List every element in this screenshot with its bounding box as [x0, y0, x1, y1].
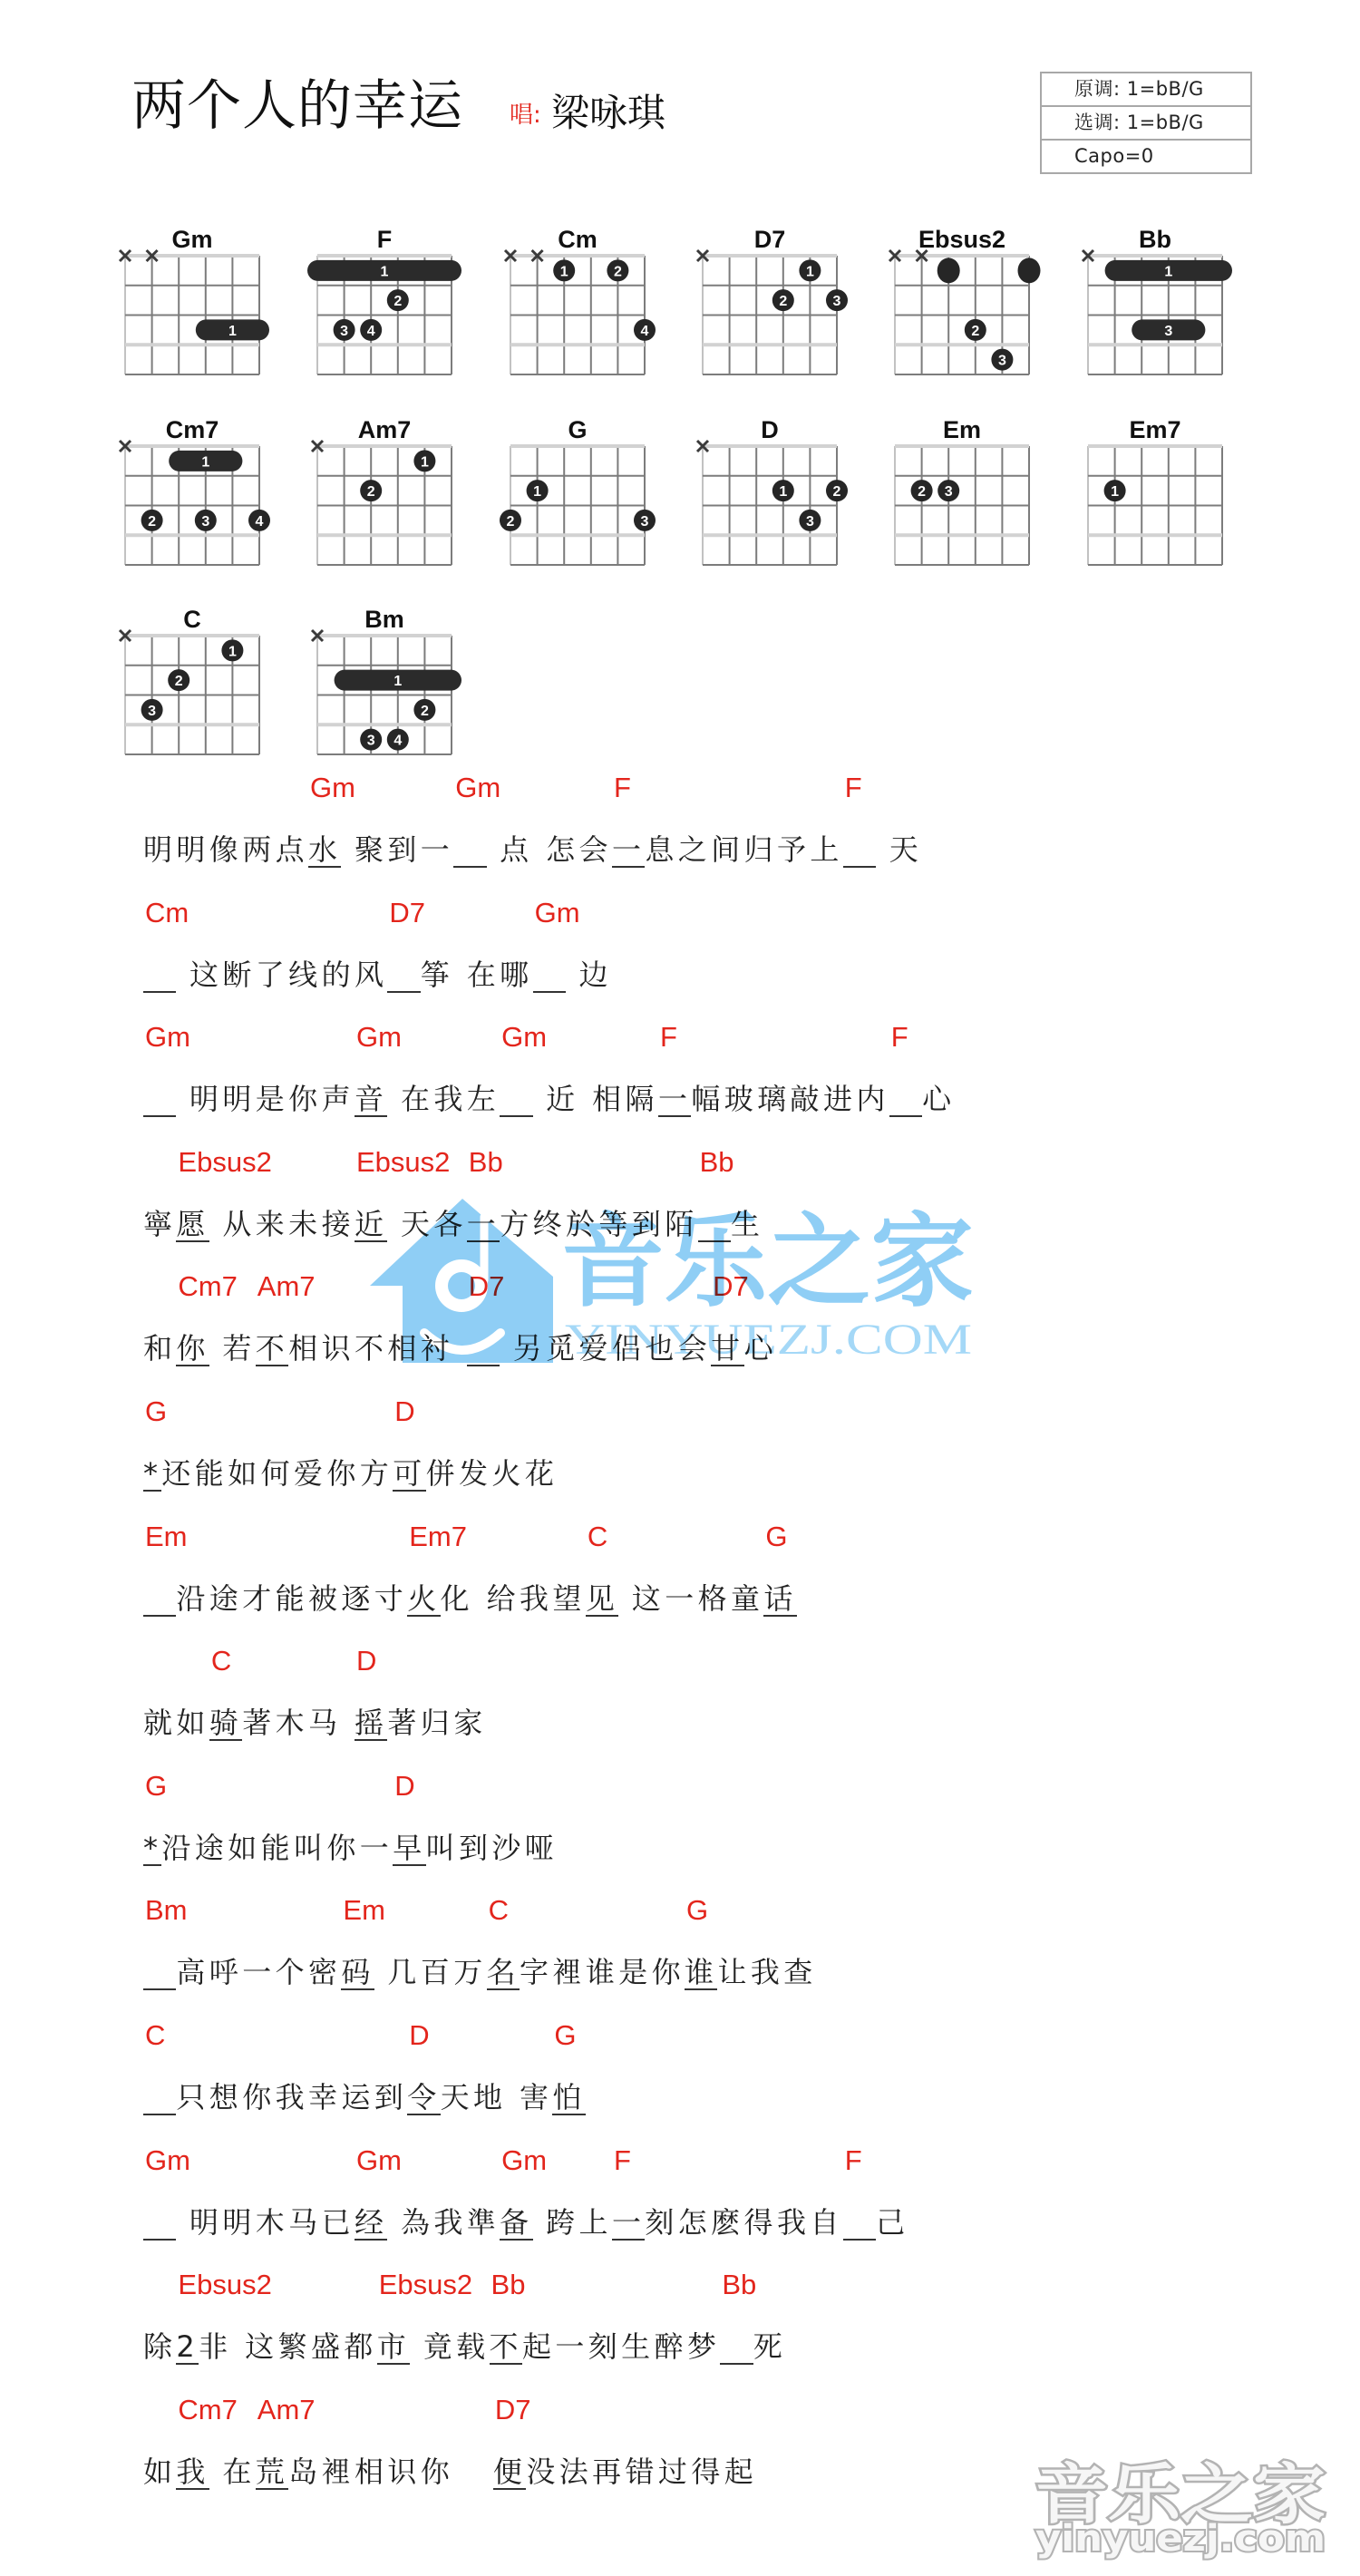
chord-label: F — [891, 1024, 908, 1051]
lyric-block: 如我Cm7 在荒Am7岛裡相识你 便D7没法再错过得起 — [143, 2396, 1277, 2521]
lyric-block: *G还能如何爱你方可D併发火花 — [143, 1398, 1277, 1522]
finger-dot: 1 — [221, 639, 243, 661]
finger-number: 4 — [640, 324, 648, 339]
lyric-text: 怕 — [552, 2080, 585, 2114]
lyric-text: * — [143, 1456, 161, 1491]
chord-diagram-f: F1234 — [303, 218, 466, 385]
chord-anchor-syllable: 我Cm7 — [176, 2454, 209, 2490]
barre-marker: 1 — [1104, 260, 1231, 281]
lyric-line: 除2Ebsus2非 这繁盛都市Ebsus2 竟载不Bb起一刻生醉梦 Bb死 — [143, 2328, 786, 2365]
lyric-text: 你 — [176, 1331, 209, 1366]
lyric-block: 明明像两点水Gm 聚到一 Gm 点 怎会一F息之间归予上 F 天 — [143, 774, 1277, 899]
lyric-text: 沿途如能叫你一 — [161, 1831, 393, 1865]
lyric-text: 备 — [500, 2205, 532, 2240]
chord-diagram-cm7: Cm71234 — [111, 408, 274, 576]
lyric-text: 甘 — [711, 1331, 743, 1366]
lyric-text: 骑 — [209, 1706, 242, 1740]
chord-anchor-syllable: 不Bb — [490, 2328, 522, 2365]
lyric-text: 不 — [256, 1331, 288, 1366]
chord-diagram-name: Cm — [558, 226, 597, 253]
finger-dot: 3 — [195, 509, 217, 530]
lyric-line: Em沿途才能被逐寸火Em7化 给我望见C 这一格童话G — [143, 1580, 797, 1617]
chord-anchor-syllable: Em — [143, 1580, 176, 1617]
lyric-text: 非 这繁盛都 — [199, 2329, 377, 2364]
chord-diagram-name: Gm — [171, 226, 212, 253]
lyric-text — [143, 2080, 176, 2114]
chord-anchor-syllable: F — [843, 2204, 876, 2241]
chord-label: Cm7 — [178, 2396, 237, 2424]
song-title: 两个人的幸运 — [131, 76, 463, 136]
lyric-text: 明明像两点 — [143, 832, 308, 867]
lyric-text: 死 — [753, 2329, 786, 2364]
lyric-text: 近 相隔 — [533, 1082, 658, 1116]
lyric-text: 2 — [176, 2329, 199, 2364]
finger-number: 2 — [832, 484, 840, 500]
finger-dot: 2 — [500, 509, 521, 530]
chord-label: Gm — [455, 774, 500, 802]
lyric-block: 和你Cm7 若不Am7相识不相衬 D7 另觅爱侣也会甘D7心 — [143, 1273, 1277, 1397]
lyric-text: 息之间归予上 — [645, 832, 842, 867]
chord-label: D — [356, 1648, 376, 1675]
chord-label: Gm — [356, 1024, 402, 1051]
chord-label: Em7 — [409, 1523, 467, 1550]
lyric-text: 令 — [407, 2080, 440, 2114]
lyric-line: 明明像两点水Gm 聚到一 Gm 点 怎会一F息之间归予上 F 天 — [143, 831, 922, 868]
chord-anchor-syllable: 名C — [487, 1954, 520, 1990]
chord-anchor-syllable: 一Bb — [467, 1206, 500, 1242]
chord-anchor-syllable: 音Gm — [355, 1081, 387, 1117]
finger-dot: 1 — [553, 259, 575, 281]
finger-number: 3 — [201, 513, 209, 529]
finger-dot: 4 — [248, 509, 270, 530]
chord-label: F — [614, 774, 631, 802]
lyric-text: 方终於等到陌 — [500, 1207, 697, 1241]
chord-diagram-name: G — [568, 416, 587, 443]
lyric-text: 沿途才能被逐寸 — [176, 1581, 407, 1616]
finger-number: 1 — [201, 454, 209, 470]
lyric-text: 刻怎麽得我自 — [645, 2205, 842, 2240]
lyric-text: 近 — [355, 1207, 387, 1241]
chord-anchor-syllable: *G — [143, 1830, 161, 1866]
chord-diagram-bb: Bb13 — [1073, 218, 1237, 385]
lyric-text: 一 — [467, 1207, 500, 1241]
finger-dot: 1 — [1103, 480, 1125, 501]
chord-diagram-name: Em7 — [1129, 416, 1180, 443]
lyric-text: 码 — [341, 1955, 374, 1989]
lyric-text: 在 — [209, 2454, 256, 2489]
finger-dot: 4 — [634, 319, 656, 341]
finger-number: 4 — [394, 734, 403, 749]
chord-anchor-syllable: 骑C — [209, 1705, 242, 1741]
finger-dot — [937, 258, 960, 283]
lyric-text: 这一格童 — [618, 1581, 763, 1616]
chord-anchor-syllable: 话G — [763, 1580, 796, 1617]
chord-anchor-syllable: 怕G — [552, 2079, 585, 2115]
chord-diagram-c: C123 — [111, 598, 274, 765]
lyric-line: 寧愿Ebsus2 从来未接近Ebsus2 天各一Bb方终於等到陌 Bb生 — [143, 1206, 763, 1242]
finger-number: 2 — [421, 704, 429, 719]
lyric-line: Gm 明明是你声音Gm 在我左 Gm 近 相隔一F幅玻璃敲进内 F心 — [143, 1081, 956, 1117]
finger-number: 1 — [228, 644, 237, 659]
lyric-text: 让我查 — [717, 1955, 816, 1989]
chord-diagram-name: Ebsus2 — [918, 226, 1005, 253]
barre-marker: 3 — [1132, 319, 1205, 340]
lyric-text: 就如 — [143, 1706, 209, 1740]
lyric-text: 著归家 — [387, 1706, 486, 1740]
chord-label: G — [145, 1398, 167, 1425]
finger-number: 1 — [779, 484, 787, 500]
lyric-text: * — [143, 1831, 161, 1865]
chord-anchor-syllable: 火Em7 — [407, 1580, 440, 1617]
lyric-text — [843, 2205, 876, 2240]
chord-label: Bb — [469, 1149, 503, 1176]
lyric-text — [143, 1955, 176, 1989]
chord-diagram-am7: Am712 — [303, 408, 466, 576]
lyric-text: 叫到沙哑 — [426, 1831, 559, 1865]
lyric-text — [143, 2205, 176, 2240]
lyric-text — [143, 957, 176, 992]
lyric-text — [453, 832, 486, 867]
chord-anchor-syllable: 你Cm7 — [176, 1330, 209, 1366]
chord-diagram-em: Em23 — [880, 408, 1044, 576]
finger-dot: 3 — [992, 349, 1014, 371]
finger-dot: 2 — [141, 509, 163, 530]
finger-number: 2 — [175, 674, 183, 689]
lyric-text: 一 — [658, 1082, 691, 1116]
lyric-text: 名 — [487, 1955, 520, 1989]
finger-number: 1 — [228, 324, 237, 339]
finger-number: 2 — [394, 294, 403, 309]
chord-diagram-gm: Gm1 — [111, 218, 274, 385]
chord-diagram-name: F — [377, 226, 393, 253]
lyric-text: 水 — [308, 832, 341, 867]
chord-anchor-syllable: 市Ebsus2 — [377, 2328, 410, 2365]
fretboard-grid — [317, 636, 452, 754]
chord-anchor-syllable: 近Ebsus2 — [355, 1206, 387, 1242]
fretboard-grid — [510, 446, 645, 565]
finger-dot: 2 — [772, 289, 794, 311]
chord-anchor-syllable: 可D — [393, 1455, 425, 1492]
finger-number: 2 — [148, 513, 156, 529]
lyric-text: 聚到一 — [341, 832, 453, 867]
chord-anchor-syllable: 一F — [658, 1081, 691, 1117]
chord-diagram-bm: Bm1234 — [303, 598, 466, 765]
chord-diagram-name: Am7 — [358, 416, 412, 443]
lyric-text: 我 — [176, 2454, 209, 2489]
lyric-text: 天各 — [387, 1207, 466, 1241]
lyric-text: 跨上 — [533, 2205, 612, 2240]
chord-label: D7 — [469, 1273, 505, 1300]
lyric-text — [467, 1331, 500, 1366]
chord-label: Gm — [535, 899, 580, 927]
lyric-text: 话 — [763, 1581, 796, 1616]
chord-label: Bm — [145, 1897, 188, 1924]
finger-number: 1 — [394, 674, 403, 689]
lyric-text — [500, 1082, 532, 1116]
chord-label: Bb — [700, 1149, 734, 1176]
lyric-text: 一 — [612, 2205, 645, 2240]
finger-dot: 1 — [526, 480, 548, 501]
lyric-text: 天地 害 — [441, 2080, 553, 2114]
finger-number: 3 — [1164, 324, 1172, 339]
lyric-text: 己 — [876, 2205, 908, 2240]
barre-marker: 1 — [169, 450, 242, 471]
chord-label: Ebsus2 — [379, 2271, 472, 2299]
finger-number: 1 — [381, 264, 389, 279]
lyric-block: *G沿途如能叫你一早D叫到沙哑 — [143, 1773, 1277, 1897]
chord-label: F — [845, 774, 862, 802]
lyric-text: 明明木马已 — [176, 2205, 355, 2240]
chord-label: Gm — [145, 1024, 190, 1051]
chord-label: Em — [343, 1897, 385, 1924]
lyric-text: 併发火花 — [426, 1456, 559, 1491]
finger-dot: 3 — [826, 289, 848, 311]
fretboard-grid — [125, 256, 259, 374]
selected-key: 选调: 1=bB/G — [1042, 107, 1250, 141]
chord-diagram-g: G123 — [496, 408, 659, 576]
finger-number: 2 — [918, 484, 926, 500]
lyric-block: Cm 这断了线的风 D7筝 在哪 Gm 边 — [143, 899, 1277, 1024]
fretboard-grid — [703, 446, 837, 565]
chord-anchor-syllable: 水Gm — [308, 831, 341, 868]
chord-label: F — [845, 2147, 862, 2174]
chord-label: Gm — [501, 2147, 547, 2174]
lyric-text: 点 怎会 — [487, 832, 612, 867]
lyric-text: 在我左 — [387, 1082, 500, 1116]
chord-anchor-syllable: Cm — [143, 957, 176, 993]
chord-anchor-syllable: 摇D — [355, 1705, 387, 1741]
finger-dot: 2 — [965, 319, 986, 341]
lyric-text: 边 — [566, 957, 612, 992]
lyric-line: Cm 这断了线的风 D7筝 在哪 Gm 边 — [143, 957, 612, 993]
chord-anchor-syllable: F — [843, 831, 876, 868]
finger-dot: 2 — [607, 259, 628, 281]
lyric-text: 心 — [744, 1331, 777, 1366]
lyric-block: 寧愿Ebsus2 从来未接近Ebsus2 天各一Bb方终於等到陌 Bb生 — [143, 1149, 1277, 1273]
finger-number: 1 — [421, 454, 429, 470]
chord-label: Gm — [356, 2147, 402, 2174]
finger-number: 2 — [614, 264, 622, 279]
lyric-text: 另觅爱侣也会 — [500, 1331, 711, 1366]
lyric-text: 字裡谁是你 — [520, 1955, 685, 1989]
chord-anchor-syllable: 荒Am7 — [256, 2454, 288, 2490]
lyric-text: 早 — [393, 1831, 425, 1865]
lyric-line: 和你Cm7 若不Am7相识不相衬 D7 另觅爱侣也会甘D7心 — [143, 1330, 777, 1366]
lyric-text: 竟载 — [410, 2329, 489, 2364]
lyric-text: 幅玻璃敲进内 — [691, 1082, 889, 1116]
lyric-text: 天 — [876, 832, 922, 867]
lyric-block: Gm 明明木马已经Gm 為我準备Gm 跨上一F刻怎麽得我自 F己 — [143, 2147, 1277, 2271]
lyric-text: 岛裡相识你 — [288, 2454, 493, 2489]
lyric-text: 除 — [143, 2329, 176, 2364]
lyric-text: 见 — [586, 1581, 618, 1616]
finger-number: 1 — [533, 484, 541, 500]
chord-label: C — [211, 1648, 231, 1675]
chord-anchor-syllable: 谁G — [685, 1954, 717, 1990]
chord-diagram-cm: Cm124 — [496, 218, 659, 385]
barre-marker: 1 — [196, 319, 269, 340]
capo-value: Capo=0 — [1042, 141, 1250, 172]
lyric-text — [889, 1082, 922, 1116]
chord-diagram-name: D — [761, 416, 779, 443]
corner-watermark-url: yinyuezj.com — [1035, 2518, 1326, 2560]
chord-anchor-syllable: C — [143, 2079, 176, 2115]
chord-label: Ebsus2 — [356, 1149, 450, 1176]
finger-number: 1 — [1111, 484, 1119, 500]
barre-marker: 1 — [335, 670, 461, 691]
lyric-text: 几百万 — [374, 1955, 487, 1989]
chord-label: Bb — [491, 2271, 526, 2299]
lyric-line: Bm高呼一个密码Em 几百万名C字裡谁是你谁G让我查 — [143, 1954, 817, 1990]
finger-number: 3 — [148, 704, 156, 719]
lyric-text: 生 — [731, 1207, 763, 1241]
chord-diagram-name: Em — [943, 416, 981, 443]
lyric-text: 不 — [490, 2329, 522, 2364]
finger-dot: 3 — [799, 509, 821, 530]
finger-number: 3 — [998, 354, 1006, 369]
chord-label: F — [660, 1024, 677, 1051]
lyric-line: 就如骑C著木马 摇D著归家 — [143, 1705, 487, 1741]
chord-anchor-syllable: Gm — [453, 831, 486, 868]
finger-dot: 2 — [387, 289, 409, 311]
lyric-text: 化 给我望 — [441, 1581, 586, 1616]
lyric-line: Gm 明明木马已经Gm 為我準备Gm 跨上一F刻怎麽得我自 F己 — [143, 2204, 909, 2241]
lyric-text: 荒 — [256, 2454, 288, 2489]
lyric-text: 火 — [407, 1581, 440, 1616]
lyric-text: 高呼一个密 — [176, 1955, 341, 1989]
finger-number: 3 — [367, 734, 375, 749]
finger-number: 4 — [367, 324, 375, 339]
chord-anchor-syllable: 一F — [612, 2204, 645, 2241]
chord-anchor-syllable: Bm — [143, 1954, 176, 1990]
chord-anchor-syllable: 备Gm — [500, 2204, 532, 2241]
chord-anchor-syllable: 愿Ebsus2 — [176, 1206, 209, 1242]
chord-label: Am7 — [257, 2396, 316, 2424]
lyric-line: *G沿途如能叫你一早D叫到沙哑 — [143, 1830, 558, 1866]
chord-anchor-syllable: Gm — [143, 1081, 176, 1117]
finger-number: 4 — [256, 513, 264, 529]
finger-number: 1 — [806, 264, 814, 279]
chord-diagram-d: D123 — [688, 408, 851, 576]
finger-number: 2 — [779, 294, 787, 309]
chord-anchor-syllable: Gm — [500, 1081, 532, 1117]
chord-anchor-syllable: 见C — [586, 1580, 618, 1617]
chord-label: Ebsus2 — [178, 1149, 271, 1176]
finger-dot: 2 — [911, 480, 933, 501]
singer-label: 唱: — [510, 102, 541, 129]
lyric-text: 如 — [143, 2454, 176, 2489]
finger-number: 2 — [972, 324, 980, 339]
chord-label: Cm7 — [178, 1273, 237, 1300]
chord-label: Am7 — [257, 1273, 316, 1300]
finger-dot: 3 — [141, 699, 163, 721]
chord-anchor-syllable: 便D7 — [493, 2454, 526, 2490]
chord-anchor-syllable: 甘D7 — [711, 1330, 743, 1366]
chord-label: C — [489, 1897, 509, 1924]
lyric-text: 音 — [355, 1082, 387, 1116]
lyric-text: 市 — [377, 2329, 410, 2364]
chord-label: C — [588, 1523, 607, 1550]
finger-number: 1 — [1164, 264, 1172, 279]
finger-dot: 2 — [360, 480, 382, 501]
chord-anchor-syllable: 一F — [612, 831, 645, 868]
finger-number: 2 — [367, 484, 375, 500]
lyric-text: 从来未接 — [209, 1207, 355, 1241]
chord-label: D7 — [713, 1273, 749, 1300]
finger-dot: 3 — [334, 319, 355, 341]
finger-dot: 3 — [937, 480, 959, 501]
lyric-text: 筝 在哪 — [421, 957, 533, 992]
finger-number: 3 — [640, 513, 648, 529]
finger-dot: 2 — [414, 699, 436, 721]
lyric-line: 如我Cm7 在荒Am7岛裡相识你 便D7没法再错过得起 — [143, 2454, 757, 2490]
chord-anchor-syllable: *G — [143, 1455, 161, 1492]
lyric-text: 起一刻生醉梦 — [522, 2329, 720, 2364]
finger-dot: 3 — [634, 509, 656, 530]
lyric-block: C只想你我幸运到令D天地 害怕G — [143, 2022, 1277, 2146]
lyric-text: 只想你我幸运到 — [176, 2080, 407, 2114]
chord-label: Gm — [501, 1024, 547, 1051]
chord-diagram-name: Bb — [1139, 226, 1171, 253]
chord-label: G — [686, 1897, 708, 1924]
chord-diagram-d7: D7123 — [688, 218, 851, 385]
chord-anchor-syllable: Gm — [533, 957, 566, 993]
lyric-text — [533, 957, 566, 992]
lyric-text: 和 — [143, 1331, 176, 1366]
chord-label: Gm — [310, 774, 355, 802]
chord-label: Em — [145, 1523, 188, 1550]
chord-sheet-page: 两个人的幸运 唱: 梁咏琪 原调: 1=bB/G 选调: 1=bB/G Capo… — [0, 0, 1360, 2576]
chord-label: D — [409, 2022, 429, 2049]
finger-number: 3 — [832, 294, 840, 309]
original-key: 原调: 1=bB/G — [1042, 73, 1250, 107]
finger-dot: 1 — [799, 259, 821, 281]
chord-label: Cm — [145, 899, 189, 927]
chord-label: G — [765, 1523, 787, 1550]
lyric-text: 寧 — [143, 1207, 176, 1241]
lyric-text — [843, 832, 876, 867]
finger-dot: 4 — [360, 319, 382, 341]
chord-anchor-syllable: F — [889, 1081, 922, 1117]
chord-anchor-syllable: 令D — [407, 2079, 440, 2115]
chord-anchor-syllable: 经Gm — [355, 2204, 387, 2241]
lyric-text: 谁 — [685, 1955, 717, 1989]
lyric-line: C只想你我幸运到令D天地 害怕G — [143, 2079, 586, 2115]
finger-dot: 2 — [168, 669, 189, 691]
fretboard-grid — [895, 446, 1029, 565]
chord-label: D7 — [495, 2396, 531, 2424]
chord-diagram-name: C — [183, 606, 201, 633]
lyric-block: 就如骑C著木马 摇D著归家 — [143, 1648, 1277, 1772]
lyric-block: 除2Ebsus2非 这繁盛都市Ebsus2 竟载不Bb起一刻生醉梦 Bb死 — [143, 2271, 1277, 2396]
finger-dot: 2 — [826, 480, 848, 501]
chord-anchor-syllable: 早D — [393, 1830, 425, 1866]
lyric-text: 明明是你声 — [176, 1082, 355, 1116]
finger-number: 3 — [945, 484, 953, 500]
chord-label: C — [145, 2022, 165, 2049]
lyric-text — [720, 2329, 753, 2364]
chord-label: D7 — [389, 899, 425, 927]
chord-anchor-syllable: 码Em — [341, 1954, 374, 1990]
chord-label: Gm — [145, 2147, 190, 2174]
lyric-text — [387, 957, 420, 992]
lyric-block: Em沿途才能被逐寸火Em7化 给我望见C 这一格童话G — [143, 1523, 1277, 1648]
lyric-text: 心 — [922, 1082, 955, 1116]
lyric-text: 经 — [355, 2205, 387, 2240]
lyric-text: 一 — [612, 832, 645, 867]
barre-marker: 1 — [307, 260, 461, 281]
finger-number: 1 — [559, 264, 568, 279]
